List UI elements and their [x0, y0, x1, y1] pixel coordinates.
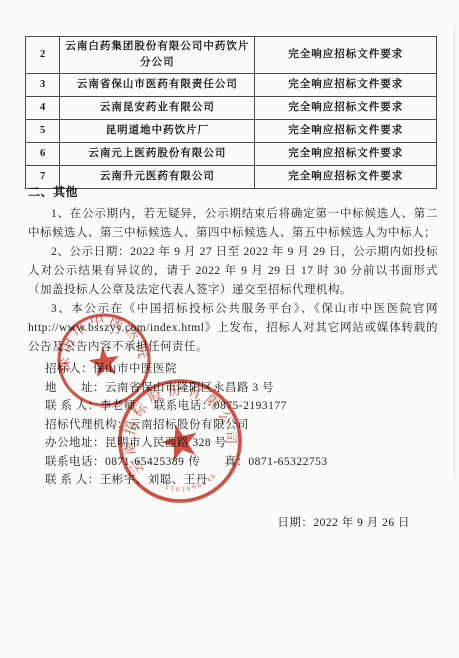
bid-response-table: 2 云南白药集团股份有限公司中药饮片分公司 完全响应招标文件要求 3 云南省保山…	[25, 36, 437, 189]
phone2-label: 联系电话：	[45, 456, 105, 468]
agency-value: 云南招标股份有限公司	[129, 419, 249, 431]
response-cell: 完全响应招标文件要求	[255, 142, 437, 165]
contact1-value: 李老师	[100, 400, 136, 412]
paragraph-2: 2、公示日期：2022 年 9 月 27 日至 2022 年 9 月 29 日，…	[28, 243, 438, 300]
table-row: 5 昆明道地中药饮片厂 完全响应招标文件要求	[26, 119, 437, 142]
row-number-cell: 5	[26, 119, 60, 142]
contact2-line: 联 系 人：王彬宇、刘聪、王丹	[45, 471, 438, 490]
row-number-cell: 3	[26, 73, 60, 96]
response-cell: 完全响应招标文件要求	[255, 96, 437, 119]
company-cell: 云南省保山市医药有限责任公司	[60, 73, 255, 96]
phone2-value: 0871-65425389	[105, 456, 184, 468]
table-row: 3 云南省保山市医药有限责任公司 完全响应招标文件要求	[26, 73, 437, 96]
phone1-group: 联系电话：0875-2193177	[154, 397, 287, 416]
address-label: 地 址：	[45, 382, 105, 394]
address-value: 云南省保山市隆阳区永昌路 3 号	[105, 382, 274, 394]
table-row: 2 云南白药集团股份有限公司中药饮片分公司 完全响应招标文件要求	[26, 37, 437, 74]
contact2-label: 联 系 人：	[45, 474, 100, 486]
table-row: 6 云南元上医药股份有限公司 完全响应招标文件要求	[26, 142, 437, 165]
office-value: 昆明市人民西路 328 号	[105, 437, 227, 449]
tenderer-label: 招标人：	[45, 363, 93, 375]
contact-block: 招标人：保山市中医医院 地 址：云南省保山市隆阳区永昌路 3 号 联 系 人：李…	[28, 360, 438, 490]
company-cell: 昆明道地中药饮片厂	[60, 119, 255, 142]
document-body: 二、其他 1、在公示期内，若无疑异，公示期结束后将确定第一中标候选人、第二中标候…	[28, 183, 438, 533]
phone1-label: 联系电话：	[154, 400, 214, 412]
row-number-cell: 6	[26, 142, 60, 165]
contact1-label: 联 系 人：	[45, 400, 100, 412]
paragraph-3: 3、本公示在《中国招标投标公共服务平台》、《保山市中医医院官网 http://w…	[28, 300, 438, 357]
phone2-line: 联系电话：0871-65425389传 真：0871-65322753	[45, 453, 438, 472]
tenderer-value: 保山市中医医院	[93, 363, 177, 375]
fax-value: 0871-65322753	[248, 456, 327, 468]
contact1-line: 联 系 人：李老师联系电话：0875-2193177	[45, 397, 438, 416]
address-line: 地 址：云南省保山市隆阳区永昌路 3 号	[45, 379, 438, 398]
company-cell: 云南昆安药业有限公司	[60, 96, 255, 119]
section-heading: 二、其他	[28, 183, 438, 202]
paragraph-1: 1、在公示期内，若无疑异，公示期结束后将确定第一中标候选人、第二中标候选人、第三…	[28, 205, 438, 243]
scan-edge-line	[454, 26, 455, 478]
tenderer-line: 招标人：保山市中医医院	[45, 360, 438, 379]
response-cell: 完全响应招标文件要求	[255, 119, 437, 142]
agency-line: 招标代理机构：云南招标股份有限公司	[45, 416, 438, 435]
office-line: 办公地址：昆明市人民西路 328 号	[45, 434, 438, 453]
office-label: 办公地址：	[45, 437, 105, 449]
document-date: 日期：2022 年 9 月 26 日	[28, 514, 438, 533]
company-cell: 云南元上医药股份有限公司	[60, 142, 255, 165]
row-number-cell: 4	[26, 96, 60, 119]
agency-label: 招标代理机构：	[45, 419, 129, 431]
contact2-value: 王彬宇、刘聪、王丹	[100, 474, 208, 486]
company-cell: 云南白药集团股份有限公司中药饮片分公司	[60, 37, 255, 74]
response-cell: 完全响应招标文件要求	[255, 73, 437, 96]
response-cell: 完全响应招标文件要求	[255, 37, 437, 74]
scanned-document-page: 2 云南白药集团股份有限公司中药饮片分公司 完全响应招标文件要求 3 云南省保山…	[0, 0, 459, 658]
table-row: 4 云南昆安药业有限公司 完全响应招标文件要求	[26, 96, 437, 119]
fax-label: 传 真：	[188, 456, 248, 468]
fax-group: 传 真：0871-65322753	[188, 453, 327, 472]
row-number-cell: 2	[26, 37, 60, 74]
phone1-value: 0875-2193177	[214, 400, 287, 412]
